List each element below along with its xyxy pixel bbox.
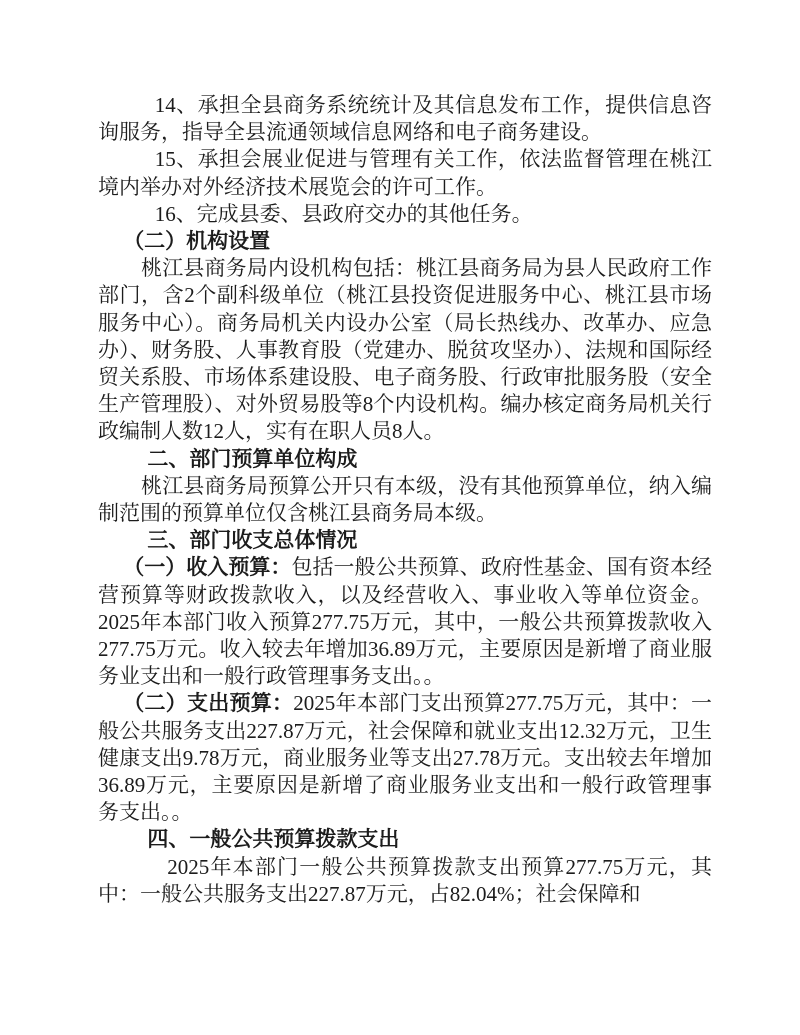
paragraph-lead: （一）收入预算： bbox=[123, 555, 291, 579]
section-heading: 二、部门预算单位构成 bbox=[98, 446, 712, 473]
paragraph: （二）支出预算：2025年本部门支出预算277.75万元，其中：一般公共服务支出… bbox=[98, 690, 712, 826]
paragraph: 14、承担全县商务系统统计及其信息发布工作，提供信息咨询服务，指导全县流通领域信… bbox=[98, 92, 712, 146]
paragraph: 桃江县商务局内设机构包括：桃江县商务局为县人民政府工作部门，含2个副科级单位（桃… bbox=[98, 255, 712, 445]
document-page: 14、承担全县商务系统统计及其信息发布工作，提供信息咨询服务，指导全县流通领域信… bbox=[0, 0, 800, 1035]
paragraph: 2025年本部门一般公共预算拨款支出预算277.75万元，其中：一般公共服务支出… bbox=[98, 854, 712, 908]
section-heading: 四、一般公共预算拨款支出 bbox=[98, 826, 712, 853]
section-heading: 三、部门收支总体情况 bbox=[98, 527, 712, 554]
document-body: 14、承担全县商务系统统计及其信息发布工作，提供信息咨询服务，指导全县流通领域信… bbox=[98, 92, 712, 908]
paragraph: 16、完成县委、县政府交办的其他任务。 bbox=[98, 201, 712, 228]
paragraph: （一）收入预算：包括一般公共预算、政府性基金、国有资本经营预算等财政拨款收入，以… bbox=[98, 554, 712, 690]
section-heading: （二）机构设置 bbox=[98, 228, 712, 255]
paragraph-lead: （二）支出预算： bbox=[123, 691, 293, 715]
paragraph: 15、承担会展业促进与管理有关工作，依法监督管理在桃江境内举办对外经济技术展览会… bbox=[98, 146, 712, 200]
paragraph: 桃江县商务局预算公开只有本级，没有其他预算单位，纳入编制范围的预算单位仅含桃江县… bbox=[98, 473, 712, 527]
